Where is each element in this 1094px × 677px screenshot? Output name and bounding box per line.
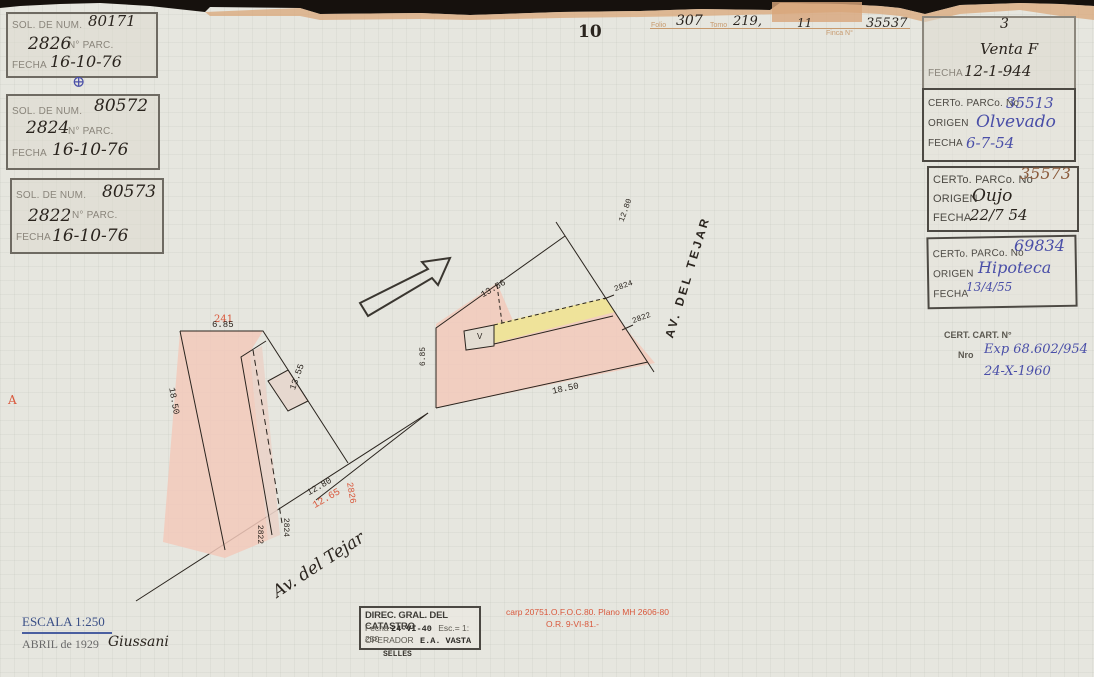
cadastral-plan-sheet: 10 Folio 307 Tomo 219, 11 Finca N° 35537… bbox=[0, 0, 1094, 677]
parcel-west-a: 2822 bbox=[255, 525, 264, 544]
catastro-operador-value: E.A. VASTA bbox=[420, 636, 471, 646]
dim-west-top: 6.85 bbox=[212, 320, 234, 330]
scale-label: ESCALA 1:250 bbox=[22, 614, 105, 630]
date-label: ABRIL de 1929 bbox=[22, 637, 99, 652]
catastro-operador-row: OPERADOR E.A. VASTA bbox=[365, 635, 471, 646]
below-stamp-text: SELLES bbox=[383, 650, 412, 659]
dim-east-left: 6.85 bbox=[419, 347, 428, 366]
parcel-west-b: 2824 bbox=[281, 518, 290, 537]
north-arrow-icon bbox=[360, 258, 450, 316]
red-note-line-2: O.R. 9-VI-81.- bbox=[546, 619, 599, 629]
plan-drawing bbox=[0, 0, 1094, 677]
catastro-stamp: DIREC. GRAL. DEL CATASTRO Fecha 24-VI-40… bbox=[359, 606, 481, 650]
catastro-fecha-label: Fecha bbox=[365, 623, 389, 633]
catastro-fecha-value: 24-VI-40 bbox=[391, 624, 432, 634]
signature: Giussani bbox=[108, 634, 169, 650]
scale-underline bbox=[22, 632, 112, 634]
red-note-line-1: carp 20751.O.F.O.C.80. Plano MH 2606-80 bbox=[506, 607, 669, 617]
catastro-operador-label: OPERADOR bbox=[365, 635, 414, 645]
small-box-label: V bbox=[477, 332, 482, 341]
